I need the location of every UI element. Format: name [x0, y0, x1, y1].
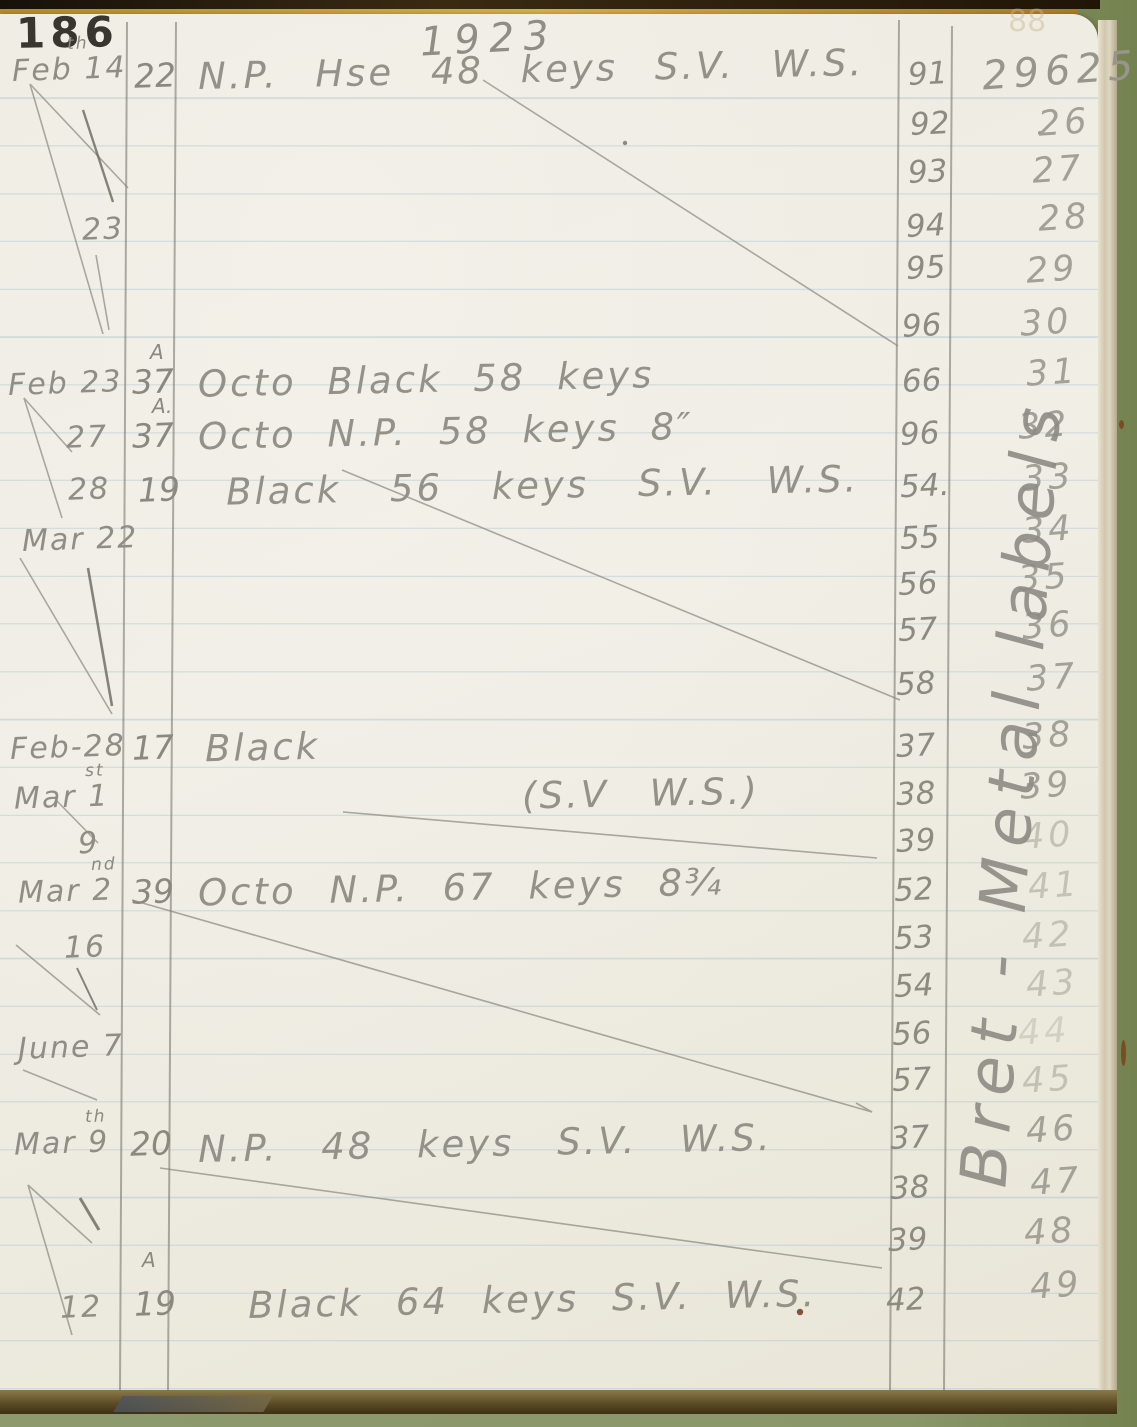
- qty-value: 17: [131, 727, 174, 767]
- qty-value: 39: [131, 871, 174, 911]
- folio-number: 49: [1029, 1264, 1084, 1308]
- date-entry: Feb 23: [7, 364, 123, 403]
- date-entry: Mar 2nd: [17, 872, 113, 910]
- serial-number: 55: [899, 519, 940, 557]
- serial-number: 56: [897, 565, 938, 603]
- ledger-photo: { "page": { "number": "186", "year": "19…: [0, 0, 1137, 1427]
- serial-number: 92: [909, 105, 950, 143]
- serial-number: 39: [887, 1221, 928, 1259]
- serial-number: 96: [901, 307, 942, 345]
- serial-number: 54: [893, 967, 934, 1005]
- date-superscript: th: [85, 1106, 107, 1127]
- serial-number: 94: [905, 207, 946, 245]
- serial-number: 37: [889, 1119, 930, 1157]
- folio-number: 27: [1031, 148, 1086, 192]
- qty-note: A: [142, 1248, 156, 1272]
- serial-number: 95: [905, 249, 946, 287]
- date-entry: Mar 22: [21, 520, 138, 559]
- column-rule: [120, 20, 952, 1390]
- serial-number: 53: [893, 919, 934, 957]
- ghost-number: 88: [1008, 4, 1046, 39]
- serial-number: 66: [901, 362, 942, 400]
- folio-number: 47: [1029, 1160, 1084, 1204]
- folio-number: 26: [1037, 101, 1092, 145]
- date-entry: Feb 14th: [11, 50, 127, 89]
- serial-number: 91: [907, 55, 948, 93]
- pencil-lines-overlay: [0, 0, 1137, 1427]
- qty-value: 22: [133, 55, 176, 95]
- folio-number: 28: [1037, 196, 1092, 240]
- serial-number: 38: [895, 775, 936, 813]
- folio-number: 29: [1025, 248, 1080, 292]
- date-entry: Mar 1st: [13, 778, 109, 816]
- serial-number: 57: [891, 1061, 932, 1099]
- serial-number: 58: [895, 665, 936, 703]
- date-superscript: st: [85, 760, 105, 781]
- date-entry: 28: [67, 471, 110, 507]
- folio-number: 48: [1023, 1210, 1078, 1254]
- serial-number: 57: [897, 611, 938, 649]
- folio-number: 31: [1025, 351, 1080, 395]
- folio-number: 46: [1025, 1108, 1080, 1152]
- qty-value: 19: [133, 1283, 176, 1323]
- serial-number: 93: [907, 153, 948, 191]
- qty-note: A: [150, 340, 164, 364]
- serial-number: 52: [893, 871, 934, 909]
- serial-number: 96: [899, 415, 940, 453]
- serial-number: 38: [889, 1169, 930, 1207]
- serial-number: 42: [885, 1281, 926, 1319]
- date-entry: 12: [59, 1289, 102, 1325]
- date-entry: June 7: [17, 1028, 124, 1067]
- date-superscript: nd: [91, 854, 117, 875]
- date-entry: 23: [81, 211, 124, 247]
- description: Black: [205, 725, 321, 770]
- date-entry: Mar 9th: [13, 1124, 109, 1162]
- description: (S.V W.S.): [522, 770, 761, 818]
- date-entry: Feb-28: [9, 728, 126, 767]
- qty-value: 37: [131, 415, 174, 455]
- date-entry: 27: [65, 419, 108, 455]
- date-superscript: th: [67, 33, 89, 54]
- serial-number: 54.: [899, 467, 950, 506]
- date-entry: 16: [63, 929, 106, 965]
- qty-value: 20: [129, 1123, 172, 1163]
- serial-number: 39: [895, 822, 936, 860]
- serial-number: 37: [895, 727, 936, 765]
- folio-number: 30: [1019, 301, 1074, 345]
- serial-number: 56: [891, 1015, 932, 1053]
- qty-value: 19: [137, 469, 180, 509]
